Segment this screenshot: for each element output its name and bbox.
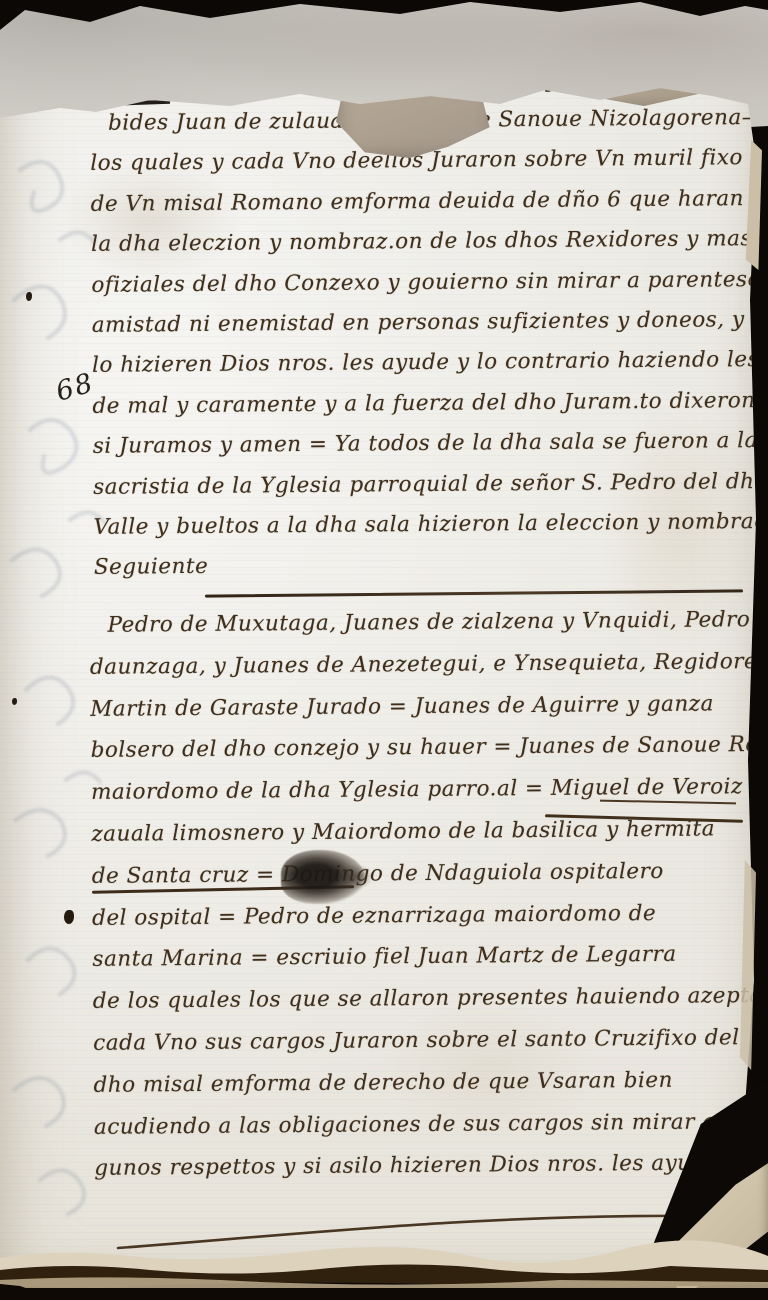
manuscript-leaf: TRAMI de ott.e … y se les unnum— bides J… — [0, 0, 768, 1300]
manuscript-photo: TRAMI de ott.e … y se les unnum— bides J… — [0, 0, 768, 1300]
book-page-edges — [0, 1240, 768, 1300]
ink-blot — [281, 850, 365, 904]
flourish-line — [0, 0, 768, 1300]
